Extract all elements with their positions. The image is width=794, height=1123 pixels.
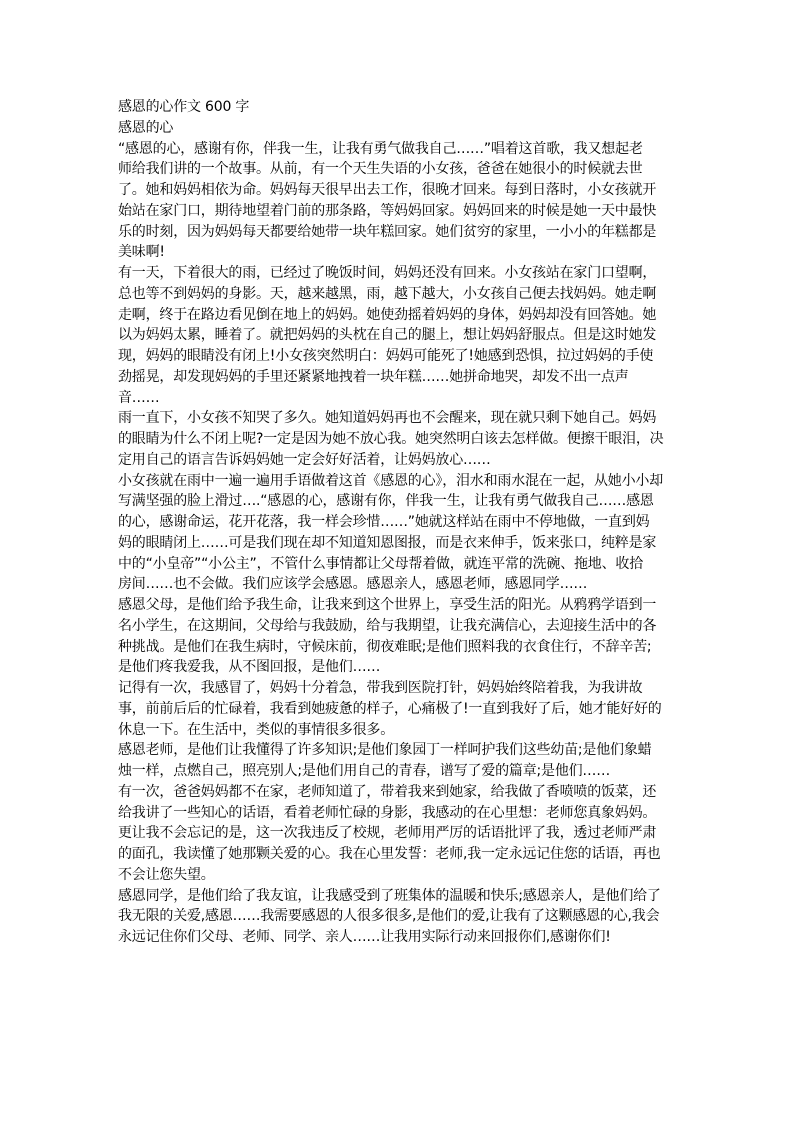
document-title: 感恩的心作文 600 字 xyxy=(118,97,684,118)
essay-line: 有一天，下着很大的雨，已经过了晚饭时间，妈妈还没有回来。小女孩站在家门口望啊， xyxy=(118,263,684,284)
essay-line: 总也等不到妈妈的身影。天，越来越黑，雨，越下越大，小女孩自己便去找妈妈。她走啊 xyxy=(118,284,684,305)
essay-line: 的心，感谢命运，花开花落，我一样会珍惜……”她就这样站在雨中不停地做，一直到妈 xyxy=(118,512,684,533)
essay-line: 更让我不会忘记的是，这一次我违反了校规，老师用严厉的话语批评了我，透过老师严肃 xyxy=(118,823,684,844)
essay-line: 房间……也不会做。我们应该学会感恩。感恩亲人，感恩老师，感恩同学…… xyxy=(118,574,684,595)
essay-line: 给我讲了一些知心的话语，看着老师忙碌的身影，我感动的在心里想：老师您真象妈妈。 xyxy=(118,803,684,824)
essay-line: 写满坚强的脸上滑过….“感恩的心，感谢有你，伴我一生，让我有勇气做我自己……感恩 xyxy=(118,491,684,512)
essay-line: 中的“小皇帝”“小公主”，不管什么事情都让父母帮着做，就连平常的洗碗、拖地、收拾 xyxy=(118,554,684,575)
essay-line: 我无限的关爱,感恩……我需要感恩的人很多很多,是他们的爱,让我有了这颗感恩的心,… xyxy=(118,906,684,927)
essay-page: 感恩的心作文 600 字 感恩的心 “感恩的心，感谢有你，伴我一生，让我有勇气做… xyxy=(118,97,684,948)
essay-line: 美味啊! xyxy=(118,242,684,263)
essay-line: 的面孔，我读懂了她那颗关爱的心。我在心里发誓：老师,我一定永远记住您的话语，再也 xyxy=(118,844,684,865)
essay-line: 不会让您失望。 xyxy=(118,865,684,886)
essay-line: 妈的眼睛闭上……可是我们现在却不知道知恩图报，而是衣来伸手，饭来张口，纯粹是家 xyxy=(118,533,684,554)
essay-line: 感恩同学，是他们给了我友谊，让我感受到了班集体的温暖和快乐;感恩亲人，是他们给了 xyxy=(118,886,684,907)
essay-line: 乐的时刻，因为妈妈每天都要给她带一块年糕回家。她们贫穷的家里，一小小的年糕都是 xyxy=(118,222,684,243)
essay-line: 雨一直下，小女孩不知哭了多久。她知道妈妈再也不会醒来，现在就只剩下她自己。妈妈 xyxy=(118,408,684,429)
essay-line: 小女孩就在雨中一遍一遍用手语做着这首《感恩的心》，泪水和雨水混在一起，从她小小却 xyxy=(118,471,684,492)
essay-line: 感恩老师，是他们让我懂得了许多知识;是他们象园丁一样呵护我们这些幼苗;是他们象蜡 xyxy=(118,740,684,761)
essay-line: 音…… xyxy=(118,388,684,409)
essay-line: 始站在家门口，期待地望着门前的那条路，等妈妈回家。妈妈回来的时候是她一天中最快 xyxy=(118,201,684,222)
essay-line: 了。她和妈妈相依为命。妈妈每天很早出去工作，很晚才回来。每到日落时，小女孩就开 xyxy=(118,180,684,201)
essay-line: “感恩的心，感谢有你，伴我一生，让我有勇气做我自己……”唱着这首歌，我又想起老 xyxy=(118,139,684,160)
essay-line: 的眼睛为什么不闭上呢?一定是因为她不放心我。她突然明白该去怎样做。便擦干眼泪，决 xyxy=(118,429,684,450)
essay-line: 现，妈妈的眼睛没有闭上!小女孩突然明白：妈妈可能死了!她感到恐惧，拉过妈妈的手使 xyxy=(118,346,684,367)
essay-line: 种挑战。是他们在我生病时，守候床前，彻夜难眠;是他们照料我的衣食住行，不辞辛苦; xyxy=(118,637,684,658)
essay-body: “感恩的心，感谢有你，伴我一生，让我有勇气做我自己……”唱着这首歌，我又想起老师… xyxy=(118,139,684,948)
essay-line: 是他们疼我爱我，从不图回报，是他们…… xyxy=(118,657,684,678)
essay-line: 劲摇晃，却发现妈妈的手里还紧紧地拽着一块年糕……她拼命地哭，却发不出一点声 xyxy=(118,367,684,388)
essay-line: 定用自己的语言告诉妈妈她一定会好好活着，让妈妈放心…… xyxy=(118,450,684,471)
essay-line: 记得有一次，我感冒了，妈妈十分着急，带我到医院打针，妈妈始终陪着我，为我讲故 xyxy=(118,678,684,699)
essay-line: 走啊，终于在路边看见倒在地上的妈妈。她使劲摇着妈妈的身体，妈妈却没有回答她。她 xyxy=(118,305,684,326)
essay-line: 休息一下。在生活中，类似的事情很多很多。 xyxy=(118,720,684,741)
essay-heading: 感恩的心 xyxy=(118,118,684,139)
essay-line: 烛一样，点燃自己，照亮别人;是他们用自己的青春，谱写了爱的篇章;是他们…… xyxy=(118,761,684,782)
essay-line: 有一次，爸爸妈妈都不在家，老师知道了，带着我来到她家，给我做了香喷喷的饭菜，还 xyxy=(118,782,684,803)
essay-line: 以为妈妈太累，睡着了。就把妈妈的头枕在自己的腿上，想让妈妈舒服点。但是这时她发 xyxy=(118,325,684,346)
essay-line: 名小学生，在这期间，父母给与我鼓励，给与我期望，让我充满信心，去迎接生活中的各 xyxy=(118,616,684,637)
essay-line: 感恩父母，是他们给予我生命，让我来到这个世界上，享受生活的阳光。从鸦鸦学语到一 xyxy=(118,595,684,616)
essay-line: 永远记住你们父母、老师、同学、亲人……让我用实际行动来回报你们,感谢你们! xyxy=(118,927,684,948)
essay-line: 事，前前后后的忙碌着，我看到她疲惫的样子，心痛极了!一直到我好了后，她才能好好的 xyxy=(118,699,684,720)
essay-line: 师给我们讲的一个故事。从前，有一个天生失语的小女孩，爸爸在她很小的时候就去世 xyxy=(118,159,684,180)
